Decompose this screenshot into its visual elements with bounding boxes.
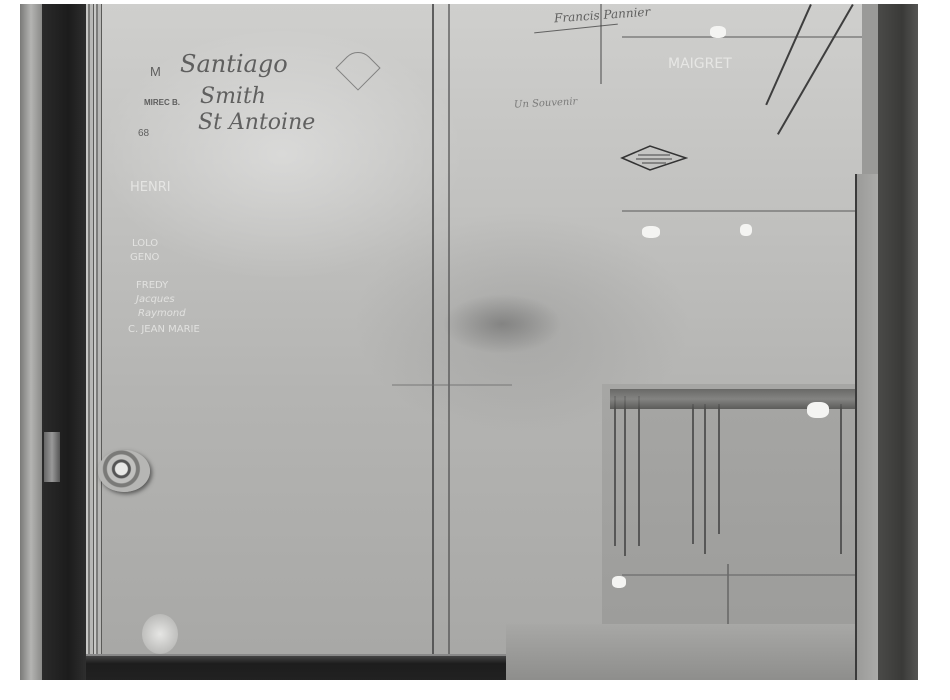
seam: [392, 384, 512, 386]
door-moulding: [86, 4, 102, 656]
name-geno: GENO: [130, 252, 159, 263]
name-lolo: LOLO: [132, 238, 158, 249]
drip-line: [704, 404, 706, 554]
right-dark-edge: [878, 4, 918, 680]
name-henri: HENRI: [130, 180, 171, 195]
name-raymond: Raymond: [138, 308, 186, 319]
paint-chip: [807, 402, 829, 418]
inscription-mirec: MIREC B.: [144, 98, 180, 107]
signature-top: Francis Pannier: [554, 5, 651, 26]
inscription-maigret: MAIGRET: [668, 56, 732, 72]
drip-line: [718, 404, 720, 534]
paint-chip: [612, 576, 626, 588]
seam: [622, 574, 862, 576]
stain: [442, 294, 562, 354]
door-frame-outer: [20, 4, 42, 680]
drip-line: [614, 396, 616, 546]
drip-line: [432, 4, 434, 654]
drip-line: [840, 404, 842, 554]
door-frame-dark: [42, 4, 86, 680]
inscription-smith: Smith: [200, 84, 266, 109]
drip-line: [692, 404, 694, 544]
stain: [142, 614, 178, 654]
drip-line: [624, 396, 626, 556]
photograph: Francis Pannier M Santiago MIREC B. Smit…: [20, 4, 918, 680]
carved-diamond: [620, 144, 688, 172]
name-jacques: Jacques: [136, 294, 175, 305]
graffiti-wall: Francis Pannier M Santiago MIREC B. Smit…: [102, 4, 862, 654]
door-knob: [98, 450, 150, 492]
latch-plate: [44, 432, 60, 482]
inscription-m: M: [150, 64, 161, 79]
wall-base: [506, 624, 886, 680]
seam: [622, 210, 862, 212]
drip-line: [638, 396, 640, 546]
door-frame-bottom: [86, 654, 506, 680]
paint-chip: [642, 226, 660, 238]
inscription-st-antoine: St Antoine: [198, 110, 315, 135]
seam: [622, 36, 862, 38]
inscription-68: 68: [138, 128, 149, 139]
ledge-stain: [610, 389, 875, 409]
name-jean-marie: C. JEAN MARIE: [128, 324, 200, 335]
carved-heart: [335, 45, 380, 90]
paint-chip: [740, 224, 752, 236]
inscription-santiago: Santiago: [180, 50, 288, 78]
paint-chip: [710, 26, 726, 38]
inscription-souvenir: Un Souvenir: [514, 96, 578, 110]
lower-right-panel: [602, 384, 872, 644]
name-fredy: FREDY: [136, 280, 168, 291]
signature-underline: [534, 24, 618, 34]
